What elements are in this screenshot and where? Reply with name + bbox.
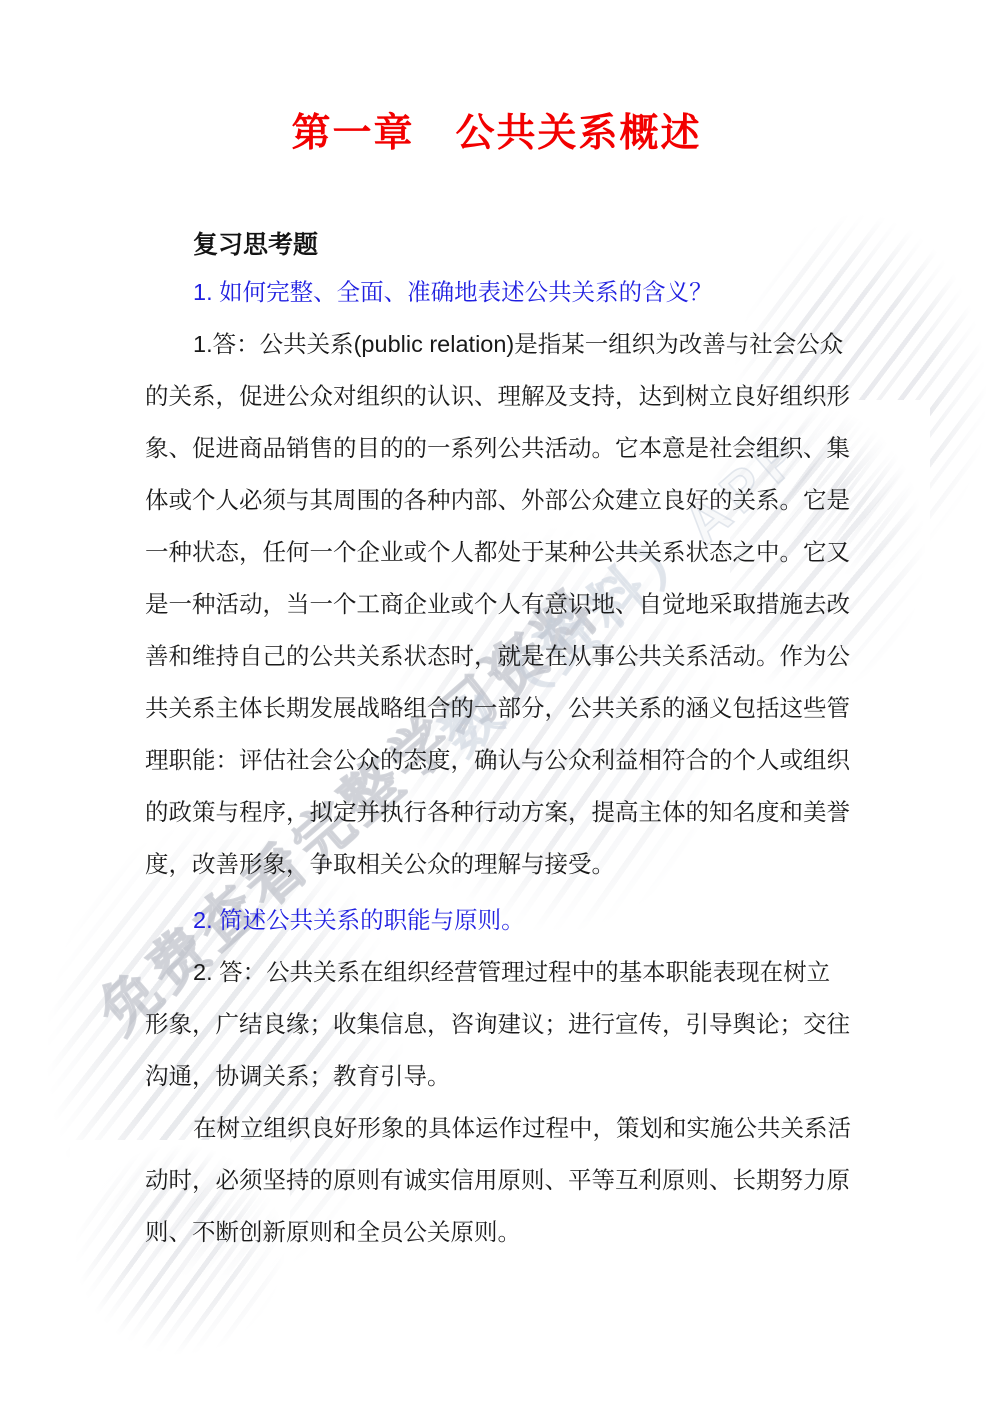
answer-2-line: 沟通，协调关系；教育引导。 bbox=[145, 1050, 848, 1102]
answer-1-line: 一种状态，任何一个企业或个人都处于某种公共关系状态之中。它又 bbox=[145, 526, 848, 578]
question-2: 2. 简述公共关系的职能与原则。 bbox=[145, 894, 848, 946]
answer-1-line: 体或个人必须与其周围的各种内部、外部公众建立良好的关系。它是 bbox=[145, 474, 848, 526]
answer-1-line: 的关系，促进公众对组织的认识、理解及支持，达到树立良好组织形 bbox=[145, 370, 848, 422]
principles-line: 动时，必须坚持的原则有诚实信用原则、平等互利原则、长期努力原 bbox=[145, 1154, 848, 1206]
answer-1-line: 共关系主体长期发展战略组合的一部分，公共关系的涵义包括这些管 bbox=[145, 682, 848, 734]
answer-1-line: 1.答：公共关系(public relation)是指某一组织为改善与社会公众 bbox=[145, 318, 848, 370]
question-1: 1. 如何完整、全面、准确地表述公共关系的含义？ bbox=[145, 266, 848, 318]
principles-line: 在树立组织良好形象的具体运作过程中，策划和实施公共关系活 bbox=[145, 1102, 848, 1154]
answer-2-paragraph: 2. 答：公共关系在组织经营管理过程中的基本职能表现在树立 形象，广结良缘；收集… bbox=[145, 946, 848, 1102]
answer-2-line: 形象，广结良缘；收集信息，咨询建议；进行宣传，引导舆论；交往 bbox=[145, 998, 848, 1050]
answer-1-line: 度，改善形象，争取相关公众的理解与接受。 bbox=[145, 838, 848, 890]
answer-1-line: 是一种活动，当一个工商企业或个人有意识地、自觉地采取措施去改 bbox=[145, 578, 848, 630]
answer-1-line: 善和维持自己的公共关系状态时，就是在从事公共关系活动。作为公 bbox=[145, 630, 848, 682]
document-content: 第一章 公共关系概述 复习思考题 1. 如何完整、全面、准确地表述公共关系的含义… bbox=[0, 0, 993, 1404]
answer-2-line: 2. 答：公共关系在组织经营管理过程中的基本职能表现在树立 bbox=[145, 946, 848, 998]
answer-1-line: 理职能：评估社会公众的态度，确认与公众利益相符合的个人或组织 bbox=[145, 734, 848, 786]
answer-1-line: 的政策与程序，拟定并执行各种行动方案，提高主体的知名度和美誉 bbox=[145, 786, 848, 838]
review-questions-heading: 复习思考题 bbox=[145, 224, 848, 266]
document-page: 免费查看完整学习资料 数（资料）APP 第一章 公共关系概述 复习思考题 1. … bbox=[0, 0, 993, 1404]
principles-paragraph: 在树立组织良好形象的具体运作过程中，策划和实施公共关系活 动时，必须坚持的原则有… bbox=[145, 1102, 848, 1258]
chapter-title: 第一章 公共关系概述 bbox=[145, 110, 848, 158]
answer-1-paragraph: 1.答：公共关系(public relation)是指某一组织为改善与社会公众 … bbox=[145, 318, 848, 890]
principles-line: 则、不断创新原则和全员公关原则。 bbox=[145, 1206, 848, 1258]
answer-1-line: 象、促进商品销售的目的的一系列公共活动。它本意是社会组织、集 bbox=[145, 422, 848, 474]
